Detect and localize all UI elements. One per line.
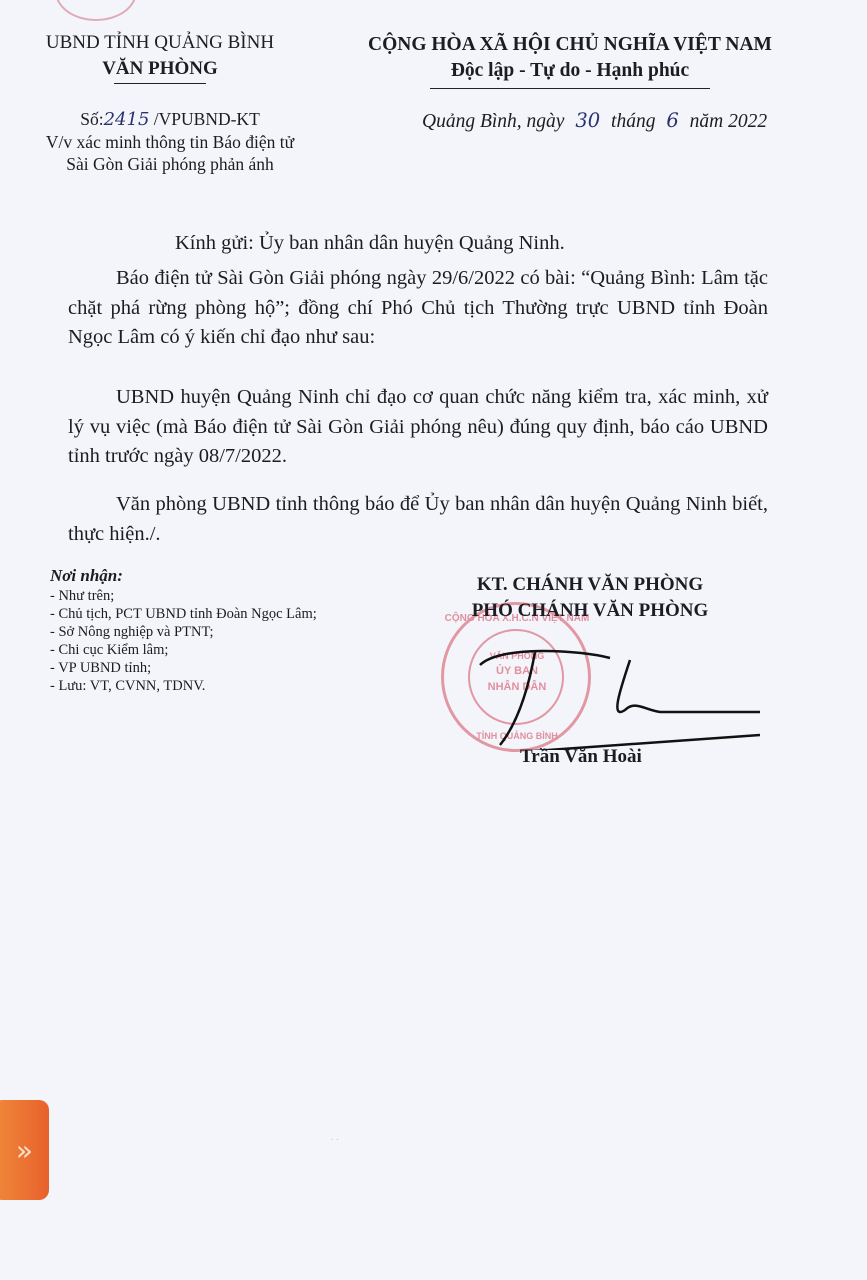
handwritten-day: 30 (569, 109, 606, 132)
list-item: - Sở Nông nghiệp và PTNT; (50, 623, 430, 641)
list-item: - Như trên; (50, 587, 430, 605)
motto: Độc lập - Tự do - Hạnh phúc (345, 58, 795, 84)
list-item: - Chi cục Kiểm lâm; (50, 641, 430, 659)
signer-title: KT. CHÁNH VĂN PHÒNG (440, 572, 740, 598)
nation-name: CỘNG HÒA XÃ HỘI CHỦ NGHĨA VIỆT NAM (345, 32, 795, 58)
double-chevron-right-icon: » (16, 1134, 33, 1167)
list-item: - VP UBND tỉnh; (50, 659, 430, 677)
body-paragraph: Báo điện tử Sài Gòn Giải phóng ngày 29/6… (68, 264, 768, 353)
recipients-heading: Nơi nhận: (50, 566, 430, 586)
list-item: - Chủ tịch, PCT UBND tỉnh Đoàn Ngọc Lâm; (50, 605, 430, 623)
handwritten-number: 2415 (104, 109, 150, 130)
organization-name: UBND TỈNH QUẢNG BÌNH (35, 30, 285, 56)
list-item: - Lưu: VT, CVNN, TDNV. (50, 677, 430, 695)
partial-seal-top (55, 0, 137, 21)
scan-speck: · · (330, 1135, 339, 1146)
divider (114, 83, 206, 84)
signer-titles: KT. CHÁNH VĂN PHÒNG PHÓ CHÁNH VĂN PHÒNG (440, 572, 740, 624)
department-name: VĂN PHÒNG (35, 56, 285, 82)
document-number-block: Số:2415 /VPUBND-KT V/v xác minh thông ti… (20, 108, 320, 175)
recipient-line: Kính gửi: Ủy ban nhân dân huyện Quảng Ni… (175, 232, 565, 255)
document-number: Số:2415 /VPUBND-KT (20, 108, 320, 131)
document-date: Quảng Bình, ngày 30 tháng 6 năm 2022 (422, 109, 767, 133)
handwritten-month: 6 (660, 109, 684, 132)
signer-name: Trần Văn Hoài (520, 746, 642, 768)
handwritten-signature (460, 640, 780, 750)
subject-line: Sài Gòn Giải phóng phản ánh (20, 153, 320, 175)
national-header: CỘNG HÒA XÃ HỘI CHỦ NGHĨA VIỆT NAM Độc l… (345, 32, 795, 89)
recipients-list: Nơi nhận: - Như trên; - Chủ tịch, PCT UB… (50, 566, 430, 695)
subject-line: V/v xác minh thông tin Báo điện tử (20, 131, 320, 153)
body-paragraph: UBND huyện Quảng Ninh chỉ đạo cơ quan ch… (68, 383, 768, 472)
body-paragraph: Văn phòng UBND tỉnh thông báo để Ủy ban … (68, 490, 768, 549)
signer-title: PHÓ CHÁNH VĂN PHÒNG (440, 598, 740, 624)
issuing-organization: UBND TỈNH QUẢNG BÌNH VĂN PHÒNG (35, 30, 285, 84)
next-page-button[interactable]: » (0, 1100, 49, 1200)
divider (430, 88, 710, 89)
